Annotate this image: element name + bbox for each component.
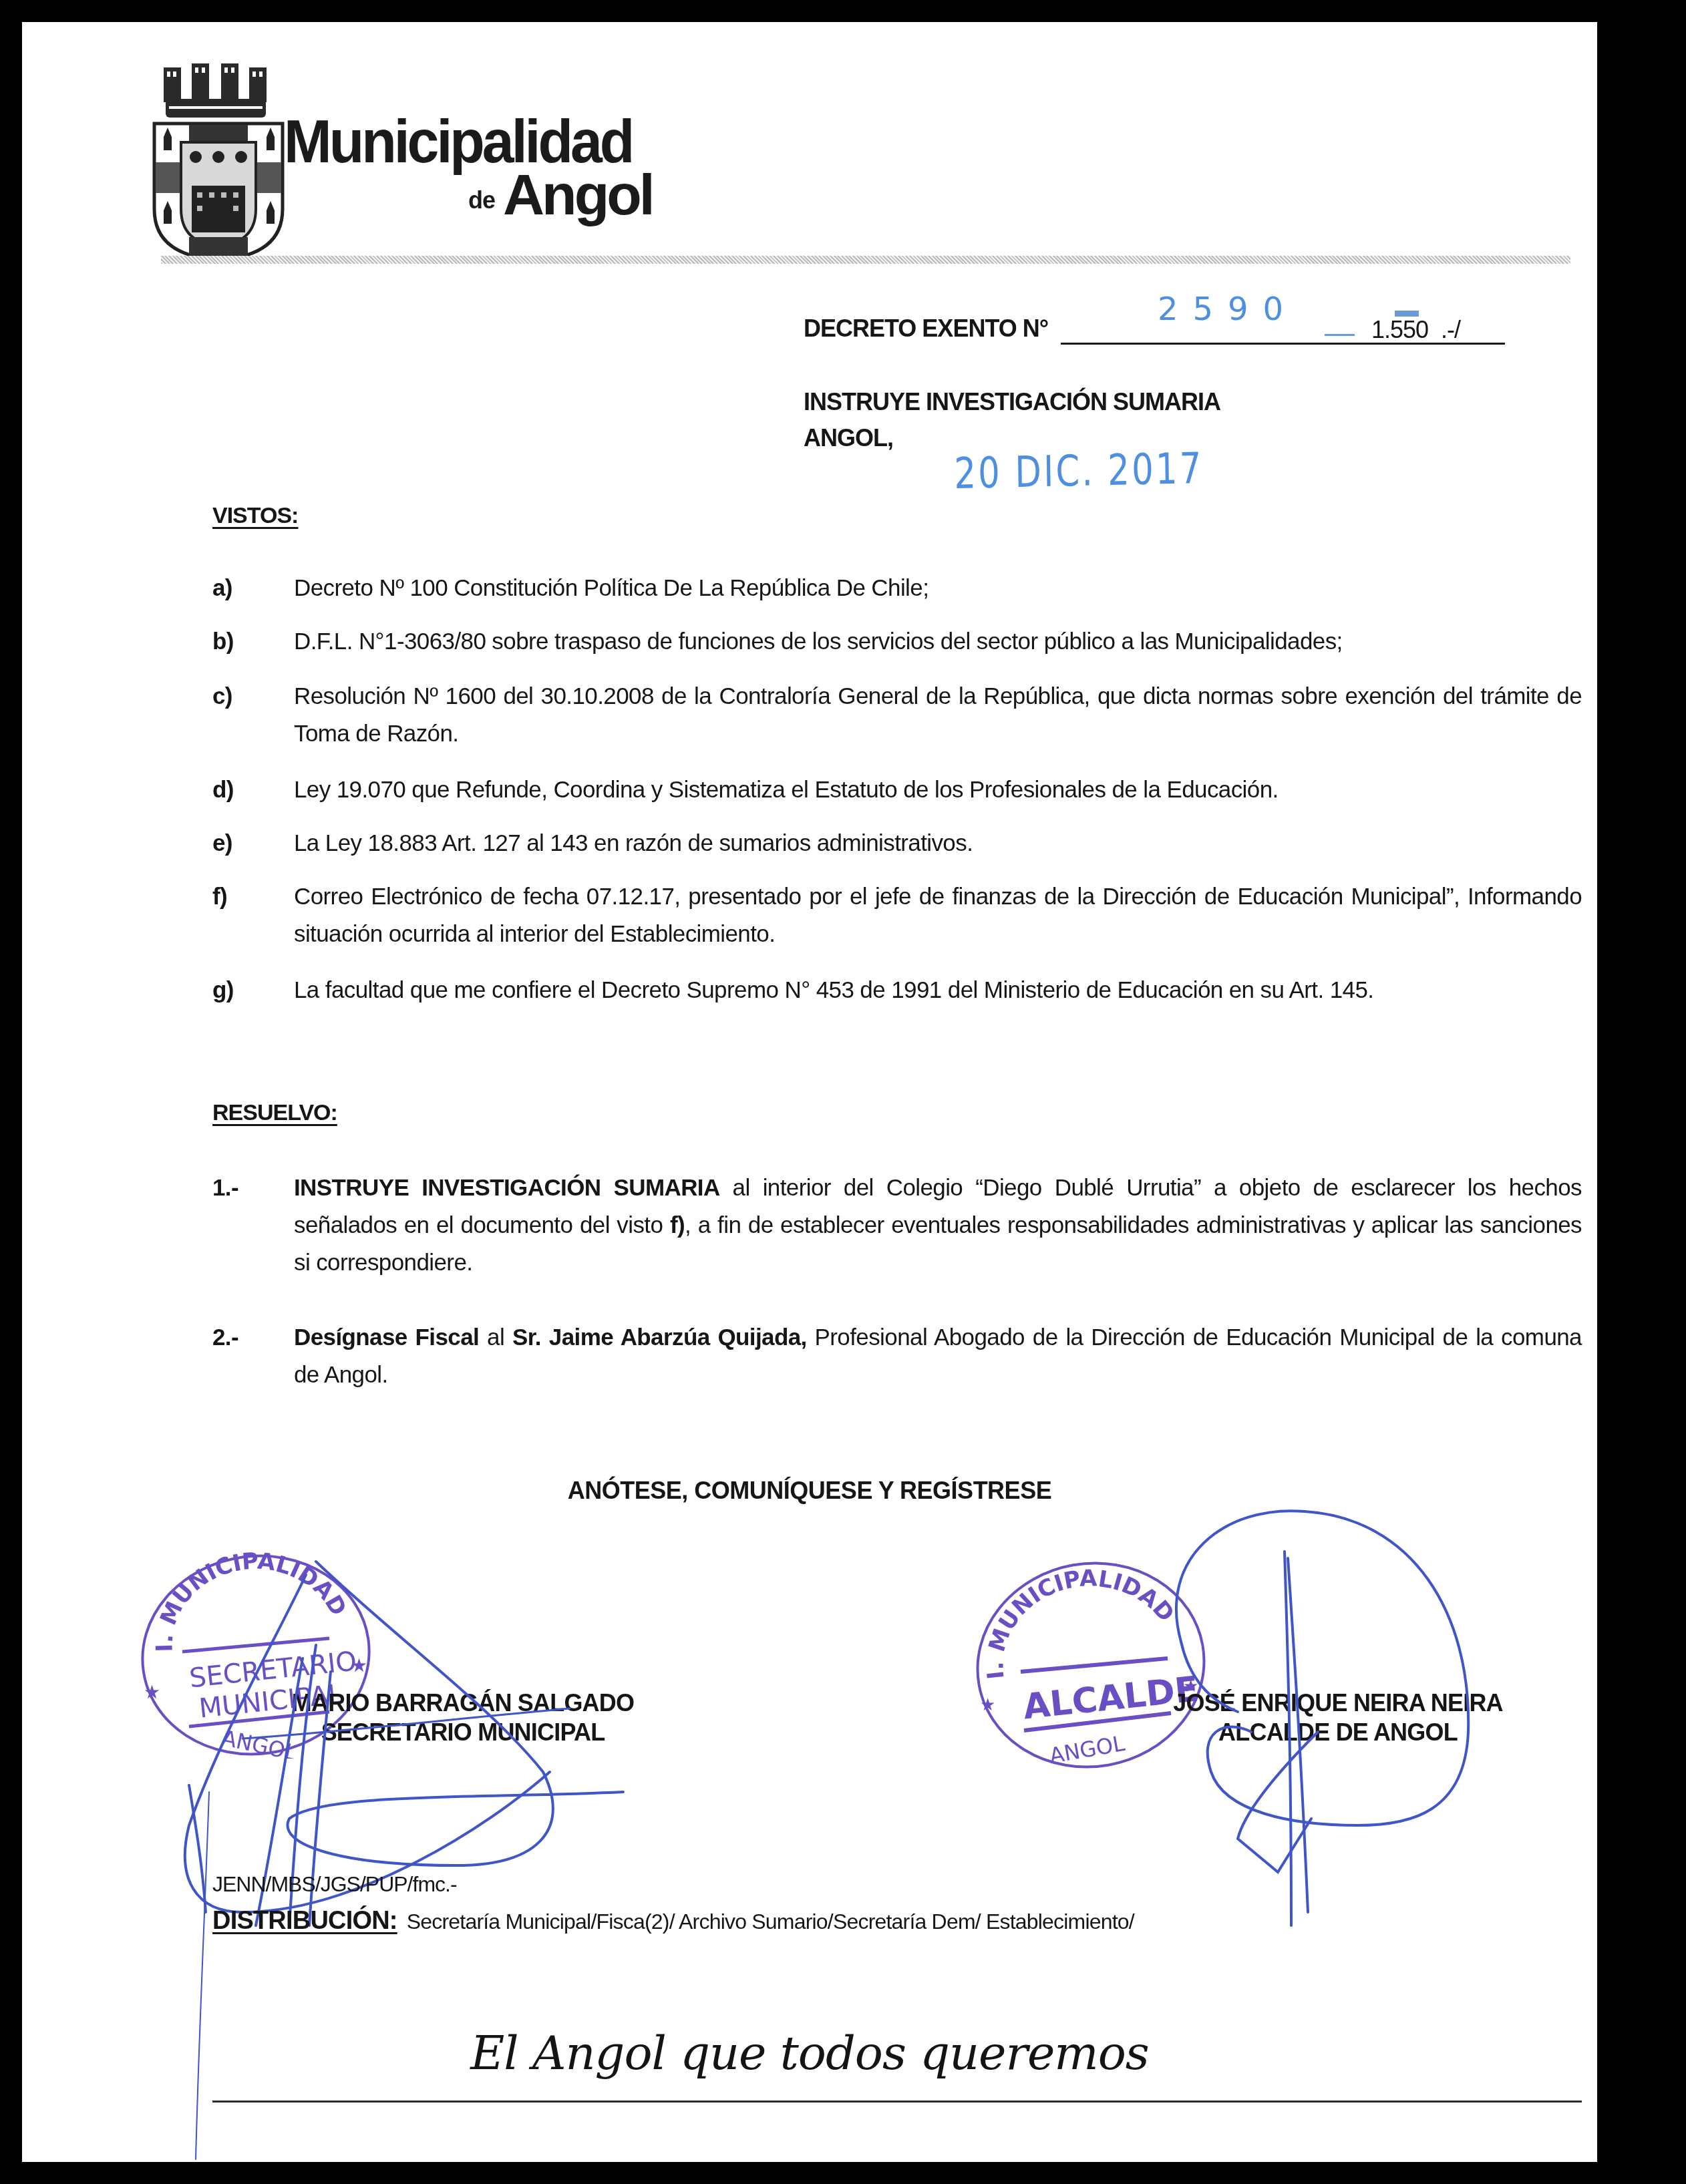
resuelvo-bold: Desígnase Fiscal	[294, 1324, 479, 1350]
svg-text:★: ★	[980, 1694, 995, 1714]
visto-text: La facultad que me confiere el Decreto S…	[294, 972, 1582, 1009]
visto-label: d)	[212, 771, 234, 809]
resuelvo-title: RESUELVO:	[212, 1100, 337, 1126]
seal-top-text: I. MUNICIPALIDAD	[151, 1552, 351, 1652]
signatory-secretario: MARIO BARRAGÁN SALGADO SECRETARIO MUNICI…	[242, 1688, 683, 1747]
seal-top-text: I. MUNICIPALIDAD	[982, 1565, 1179, 1680]
signatory-title: ALCALDE DE ANGOL	[1131, 1718, 1545, 1747]
decree-number-suffix: .-/	[1441, 316, 1460, 343]
decree-subject: INSTRUYE INVESTIGACIÓN SUMARIA	[804, 388, 1220, 416]
visto-label: c)	[212, 678, 232, 715]
footer-divider	[212, 2101, 1582, 2103]
reference-initials: JENN/MBS/JGS/PUP/fmc.-	[212, 1872, 457, 1897]
svg-text:I. MUNICIPALIDAD: I. MUNICIPALIDAD	[982, 1565, 1179, 1680]
brand-name-line2: Angol	[503, 162, 653, 228]
visto-text: D.F.L. N°1-3063/80 sobre traspaso de fun…	[294, 623, 1602, 661]
visto-text: La Ley 18.883 Art. 127 al 143 en razón d…	[294, 825, 1582, 862]
vistos-title: VISTOS:	[212, 503, 298, 529]
signatory-name: MARIO BARRAGÁN SALGADO	[242, 1688, 683, 1718]
distribution: DISTRIBUCIÓN:Secretaría Municipal/Fisca(…	[212, 1907, 1134, 1936]
signatory-alcalde: JOSÉ ENRIQUE NEIRA NEIRA ALCALDE DE ANGO…	[1131, 1688, 1545, 1747]
signatory-name: JOSÉ ENRIQUE NEIRA NEIRA	[1131, 1688, 1545, 1718]
visto-text: Decreto Nº 100 Constitución Política De …	[294, 570, 1582, 607]
resuelvo-text: INSTRUYE INVESTIGACIÓN SUMARIA al interi…	[294, 1169, 1582, 1282]
svg-text:I. MUNICIPALIDAD: I. MUNICIPALIDAD	[151, 1552, 351, 1652]
resuelvo-label: 1.-	[212, 1169, 238, 1207]
resuelvo-label: 2.-	[212, 1319, 238, 1356]
visto-label: g)	[212, 972, 234, 1009]
visto-label: b)	[212, 623, 234, 661]
stamped-date: 20 DIC. 2017	[954, 444, 1204, 499]
stamped-decree-number: 2590	[1158, 291, 1298, 328]
visto-label: a)	[212, 570, 232, 607]
slogan: El Angol que todos queremos	[22, 2026, 1597, 2080]
distribution-label: DISTRIBUCIÓN:	[212, 1907, 397, 1935]
decree-label: DECRETO EXENTO N°	[804, 315, 1048, 343]
svg-text:★: ★	[351, 1655, 367, 1676]
document-page: Municipalidad de Angol 2590 DECRETO EXEN…	[22, 22, 1597, 2162]
brand-name-de: de	[468, 186, 495, 214]
decree-number-value: 1.550	[1371, 316, 1428, 343]
coat-of-arms-icon	[149, 62, 289, 262]
distribution-text: Secretaría Municipal/Fisca(2)/ Archivo S…	[407, 1909, 1134, 1934]
signatory-title: SECRETARIO MUNICIPAL	[242, 1718, 683, 1747]
resuelvo-text: Desígnase Fiscal al Sr. Jaime Abarzúa Qu…	[294, 1319, 1582, 1394]
resuelvo-bold: INSTRUYE INVESTIGACIÓN SUMARIA	[294, 1175, 720, 1201]
closing-formula: ANÓTESE, COMUNÍQUESE Y REGÍSTRESE	[22, 1477, 1597, 1505]
visto-text: Correo Electrónico de fecha 07.12.17, pr…	[294, 878, 1582, 953]
stamp-dash	[1325, 334, 1355, 336]
visto-text: Resolución Nº 1600 del 30.10.2008 de la …	[294, 678, 1582, 753]
decree-number: 1.550 .-/	[1371, 316, 1460, 344]
visto-label: f)	[212, 878, 227, 916]
resuelvo-bold-name: Sr. Jaime Abarzúa Quijada,	[512, 1324, 807, 1350]
header-divider	[161, 256, 1570, 264]
resuelvo-bold-ref: f)	[670, 1212, 685, 1238]
visto-text: Ley 19.070 que Refunde, Coordina y Siste…	[294, 771, 1582, 809]
visto-label: e)	[212, 825, 232, 862]
decree-place: ANGOL,	[804, 424, 893, 452]
svg-text:★: ★	[144, 1682, 160, 1702]
resuelvo-body: al	[479, 1324, 512, 1350]
